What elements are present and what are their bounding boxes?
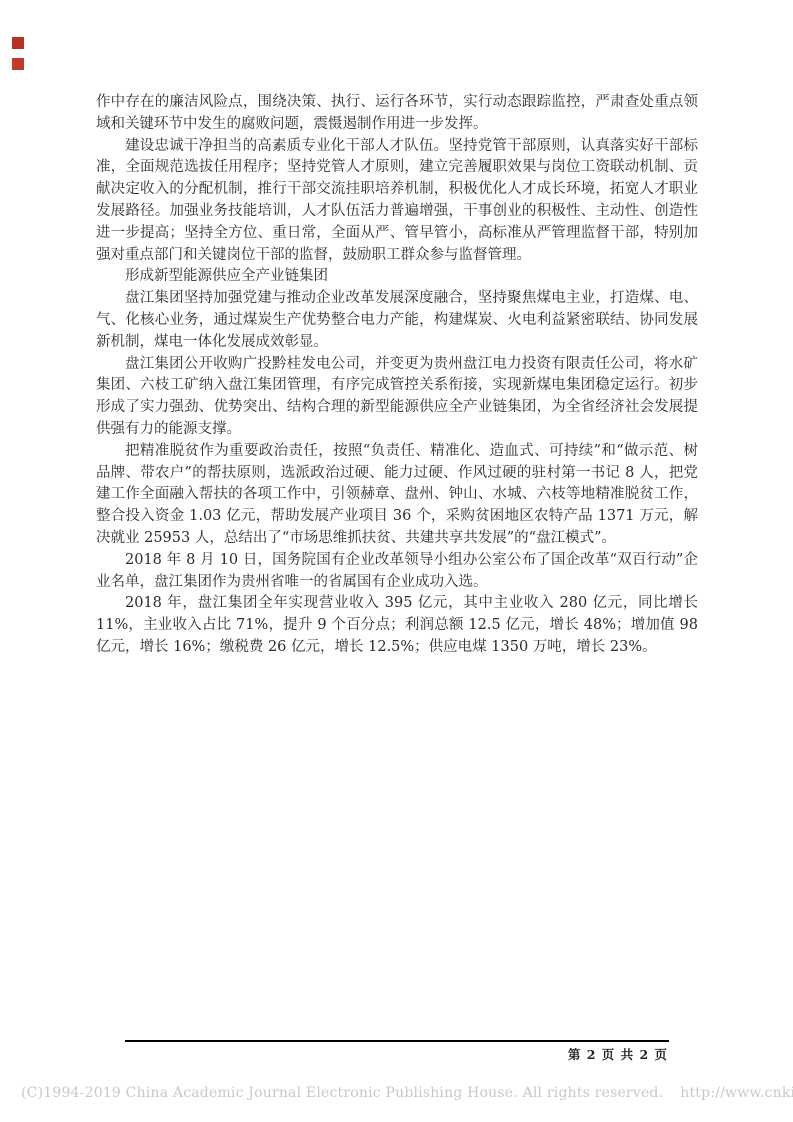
body-paragraph: 2018 年，盘江集团全年实现营业收入 395 亿元，其中主业收入 280 亿元… (96, 593, 698, 658)
red-square-marker-bottom (12, 58, 24, 70)
footer-divider (125, 1040, 669, 1042)
copyright-notice: (C)1994-2019 China Academic Journal Elec… (21, 1085, 663, 1101)
body-paragraph: 作中存在的廉洁风险点，围绕决策、执行、运行各环节，实行动态跟踪监控，严肃查处重点… (96, 92, 698, 136)
red-square-marker-top (12, 37, 24, 49)
section-heading: 形成新型能源供应全产业链集团 (96, 266, 698, 288)
body-paragraph: 把精准脱贫作为重要政治责任，按照“负责任、精准化、造血式、可持续”和“做示范、树… (96, 441, 698, 550)
page-number-indicator: 第 2 页 共 2 页 (568, 1045, 668, 1063)
document-page: 作中存在的廉洁风险点，围绕决策、执行、运行各环节，实行动态跟踪监控，严肃查处重点… (0, 0, 793, 1122)
body-paragraph: 盘江集团公开收购广投黔桂发电公司，并变更为贵州盘江电力投资有限责任公司，将水矿集… (96, 354, 698, 441)
body-paragraph: 建设忠诚干净担当的高素质专业化干部人才队伍。坚持党管干部原则，认真落实好干部标准… (96, 136, 698, 267)
body-paragraph: 盘江集团坚持加强党建与推动企业改革发展深度融合，坚持聚焦煤电主业，打造煤、电、气… (96, 288, 698, 353)
cnki-url: http://www.cnki.net (680, 1085, 793, 1101)
body-paragraph: 2018 年 8 月 10 日，国务院国有企业改革领导小组办公室公布了国企改革“… (96, 550, 698, 594)
copyright-watermark: (C)1994-2019 China Academic Journal Elec… (21, 1085, 793, 1101)
document-body: 作中存在的廉洁风险点，围绕决策、执行、运行各环节，实行动态跟踪监控，严肃查处重点… (96, 92, 698, 659)
